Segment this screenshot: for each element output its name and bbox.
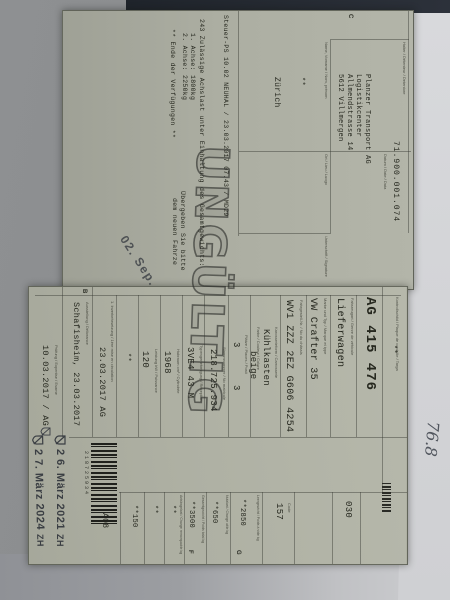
first-registration: 23.03.2017 AG — [97, 347, 107, 417]
holder-address-line1: Planzer Transport AG — [363, 74, 371, 164]
stamp-date: 2 6. März 2021 — [54, 449, 66, 530]
vehicle-kind: Lieferwagen — [334, 298, 345, 367]
inspection-date: 10.03.2017 / AG — [40, 345, 50, 426]
grid-line — [331, 39, 409, 40]
vin-value: WV1 ZZZ 2EZ G606 4254 — [283, 300, 294, 432]
grid-line — [160, 295, 161, 437]
grid-line — [408, 11, 409, 233]
stars-mid: ** — [123, 353, 131, 362]
code-label: Code — [286, 503, 291, 513]
grid-line — [360, 492, 361, 564]
grid-line — [92, 287, 93, 437]
date-label: Datum / Date / Data — [382, 154, 387, 189]
grid-line — [382, 287, 383, 492]
end-of-decrees-line: ** Ende der Verfügungen ** — [169, 29, 176, 138]
axle2-line: 2. Achse: 2250kg — [181, 33, 188, 100]
stamp-canton: ZH — [55, 534, 65, 547]
grid-line — [206, 492, 207, 564]
grid-line — [230, 492, 231, 564]
payload-label: Nutzlast / Charge utile kg — [225, 495, 229, 557]
section-c-label: C — [347, 14, 353, 18]
total-weight-label: Gesamtgewicht / Poids total kg — [201, 495, 205, 557]
pencil-handwriting: 76.8 — [421, 420, 443, 457]
mini-barcode — [382, 483, 391, 513]
first-reg-label: 1. Inverkehrsetzung / 1ère mise en circu… — [109, 301, 114, 382]
grid-line — [330, 295, 331, 437]
grid-line — [138, 295, 139, 437]
body-value: Kühlkasten — [261, 329, 271, 386]
grid-line — [280, 295, 281, 437]
grid-line — [144, 492, 145, 564]
stars-a: ** — [168, 505, 176, 514]
grid-line — [120, 492, 121, 564]
handover-note-line2: dem neuen Fahrze — [171, 198, 178, 265]
grid-line — [239, 151, 411, 152]
grid-line — [239, 233, 331, 234]
issue-label: Ausstellung / Délivrance — [84, 302, 89, 345]
name-label: Name, Vorname / Nom, prénom — [323, 42, 328, 98]
seats-front: 3 — [231, 342, 241, 348]
empty-weight-label: Leergewicht / Poids à vide kg — [256, 495, 260, 557]
stamp-canton: ZH — [35, 534, 45, 547]
stamp-date: 2 7. März 2024 — [32, 449, 46, 530]
barcode — [91, 443, 117, 527]
canton-field: Zürich — [272, 77, 281, 108]
trailer-load-label: Anhängelast / Charge remorquable kg — [179, 495, 183, 557]
date-stamp-2021: 2 6. März 2021 ZH — [54, 435, 66, 547]
displacement-value: 1968 — [162, 351, 172, 374]
photo-background: C 71.900.001.074 Halter / Détenteur / De… — [0, 0, 450, 600]
grid-line — [62, 287, 63, 437]
grid-line — [294, 492, 295, 564]
plate-label: Kontrollschild / Plaque de contrôle / Ta… — [394, 297, 399, 371]
grid-line — [332, 492, 333, 564]
back-doc: C 71.900.001.074 Halter / Détenteur / De… — [64, 10, 414, 288]
body-label: Karosserieform / Carrosserie — [273, 327, 278, 378]
holder-address-line2: Logistikcenter — [354, 74, 362, 137]
holder-address-line3: Allmendstrasse 14 — [345, 74, 353, 151]
invalid-stamp: UNGÜLTIG — [178, 144, 238, 417]
canton-shield-icon — [54, 435, 66, 445]
grid-line — [119, 492, 407, 493]
grid-line — [164, 492, 165, 564]
stars-b: ** — [150, 505, 158, 514]
seats-label: Plätze / Places / Posti — [243, 335, 248, 374]
grid-line — [330, 39, 331, 233]
doc-number: 71.900.001.074 — [391, 141, 400, 222]
vin-label: Fahrgestell-Nr. / No du châssis — [298, 300, 303, 355]
axle1-line: 1. Achse: 1800kg — [189, 33, 196, 100]
grid-line — [116, 295, 117, 437]
code-top-value: 030 — [343, 501, 353, 518]
code-value: 157 — [274, 503, 284, 520]
grid-line — [262, 492, 263, 564]
grid-line — [184, 492, 185, 564]
section-g-marker: G — [235, 550, 241, 555]
stars-field: ** — [297, 77, 305, 86]
stars-header: ** — [389, 345, 397, 354]
make-label: Marke und Typ / Marque et type — [322, 298, 327, 354]
payload-value: **650 — [210, 501, 218, 524]
seats-total: 3 — [231, 385, 241, 391]
signature-label: Unterschrift / Signature — [323, 236, 328, 277]
grid-line — [356, 295, 357, 437]
place-label: Ort / Lieu / Luogo — [323, 154, 328, 185]
date-stamp-2024: 2 7. März 2024 ZH — [32, 435, 47, 547]
kind-label: Fahrzeugart / Genre de véhicule — [349, 298, 354, 355]
canton-shield-icon — [32, 435, 44, 445]
grid-line — [238, 11, 239, 236]
section-f-marker: F — [187, 550, 193, 554]
empty-weight-value: **2850 — [238, 499, 246, 526]
power-label: Leistung kW / Puissance — [153, 349, 158, 393]
make-type: VW Crafter 35 — [307, 298, 318, 380]
inspection-label: Prüfung / Expertise / Esame — [53, 345, 58, 395]
color-value: beige — [248, 351, 258, 380]
section-b-marker: B — [81, 289, 87, 293]
grid-line — [69, 437, 407, 438]
issue-place-date: Schafisheim, 23.03.2017 — [71, 302, 81, 426]
power-value: 120 — [140, 351, 150, 368]
holder-label: Halter / Détenteur / Detentore — [401, 42, 406, 94]
barcode-number: 218725934 — [83, 451, 89, 496]
total-weight-value: **3500 — [187, 501, 195, 528]
holder-address-line4: 5612 Villmergen — [336, 74, 344, 142]
roof-load-value: **150 — [130, 505, 138, 528]
plate-number: AG 415 476 — [362, 297, 378, 391]
